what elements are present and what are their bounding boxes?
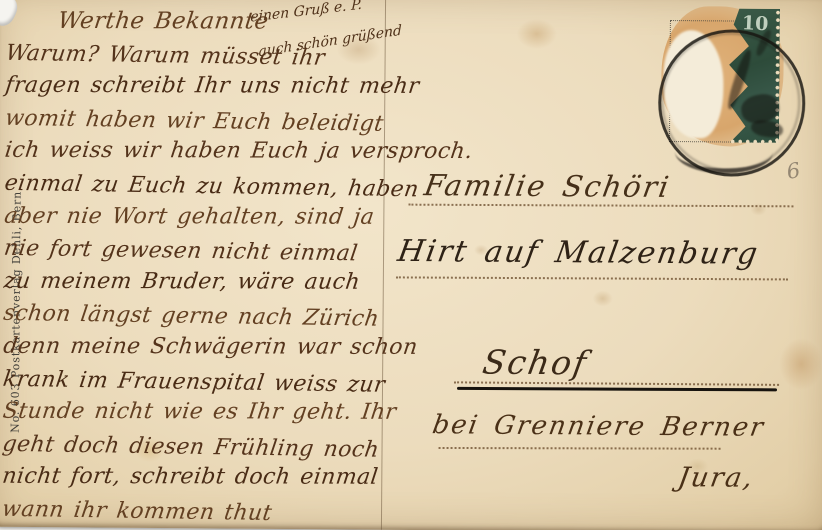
message-line: Stunde nicht wie es Ihr geht. Ihr	[1, 396, 405, 430]
address-underline	[457, 387, 777, 391]
address-dotted-line	[454, 381, 779, 386]
address-line5: Jura,	[676, 462, 757, 494]
postcard: No. 603 Postkartenverlag Dehli, Bern Wer…	[0, 0, 822, 530]
address-dotted-line	[439, 447, 721, 450]
message-line: nicht fort, schreibt doch einmal	[0, 461, 404, 495]
postcard-scan: No. 603 Postkartenverlag Dehli, Bern Wer…	[0, 0, 822, 530]
message-line: wann ihr kommen thut	[0, 494, 404, 530]
message-column: Werthe Bekannte Warum? Warum müsset ihr …	[2, 5, 406, 530]
address-dotted-line	[408, 204, 793, 208]
message-line: denn meine Schwägerin war schon	[1, 331, 405, 365]
message-line: zu meinem Bruder, wäre auch	[2, 266, 406, 300]
postmark-circle-echo	[661, 32, 801, 172]
pencil-mark: 6	[785, 158, 802, 184]
postcard-content: No. 603 Postkartenverlag Dehli, Bern Wer…	[0, 0, 822, 530]
address-line2: Hirt auf Malzenburg	[395, 234, 761, 272]
message-line: ich weiss wir haben Euch ja versproch.	[3, 135, 407, 169]
address-line4: bei Grenniere Berner	[430, 410, 767, 443]
address-recipient: Familie Schöri	[422, 168, 673, 204]
address-line3: Schof	[480, 343, 591, 383]
address-dotted-line	[396, 276, 788, 280]
message-line: fragen schreibt Ihr uns nicht mehr	[3, 70, 407, 104]
message-line: aber nie Wort gehalten, sind ja	[2, 200, 406, 234]
